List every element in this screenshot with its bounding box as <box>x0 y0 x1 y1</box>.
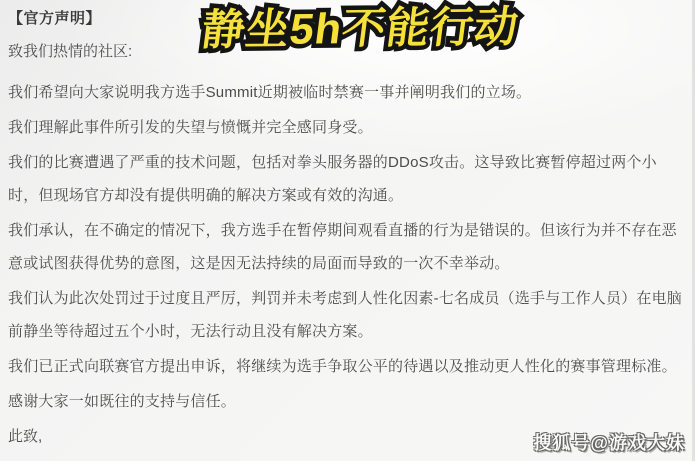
paragraph-thanks: 感谢大家一如既往的支持与信任。 <box>8 385 686 418</box>
title-banner-outline: 静坐5h不能行动 <box>199 6 521 52</box>
paragraph-penalty-criticism: 我们认为此次处罚过于过度且严厉，判罚并未考虑到人性化因素-七名成员（选手与工作人… <box>8 282 686 348</box>
sohu-watermark: 搜狐号@游戏大妹 <box>533 429 685 455</box>
paragraph-ban-explanation: 我们希望向大家说明我方选手Summit近期被临时禁赛一事并阐明我们的立场。 <box>8 76 686 109</box>
statement-header: 【官方声明】 <box>8 7 101 28</box>
paragraph-admission: 我们承认，在不确定的情况下，我方选手在暂停期间观看直播的行为是错误的。但该行为并… <box>8 214 686 280</box>
paragraph-empathy: 我们理解此事件所引发的失望与愤慨并完全感同身受。 <box>8 111 686 144</box>
paragraph-appeal: 我们已正式向联赛官方提出申诉，将继续为选手争取公平的待遇以及推动更人性化的赛事管… <box>8 350 686 383</box>
statement-page: 【官方声明】 静坐5h不能行动 静坐5h不能行动 致我们热情的社区: 我们希望向… <box>0 0 695 461</box>
paragraph-technical-issues: 我们的比赛遭遇了严重的技术问题，包括对拳头服务器的DDoS攻击。这导致比赛暂停超… <box>8 146 686 212</box>
title-banner-text: 静坐5h不能行动 <box>199 6 521 52</box>
title-banner: 静坐5h不能行动 静坐5h不能行动 <box>196 0 666 70</box>
salutation: 致我们热情的社区: <box>8 40 132 61</box>
statement-body: 我们希望向大家说明我方选手Summit近期被临时禁赛一事并阐明我们的立场。 我们… <box>8 76 686 453</box>
